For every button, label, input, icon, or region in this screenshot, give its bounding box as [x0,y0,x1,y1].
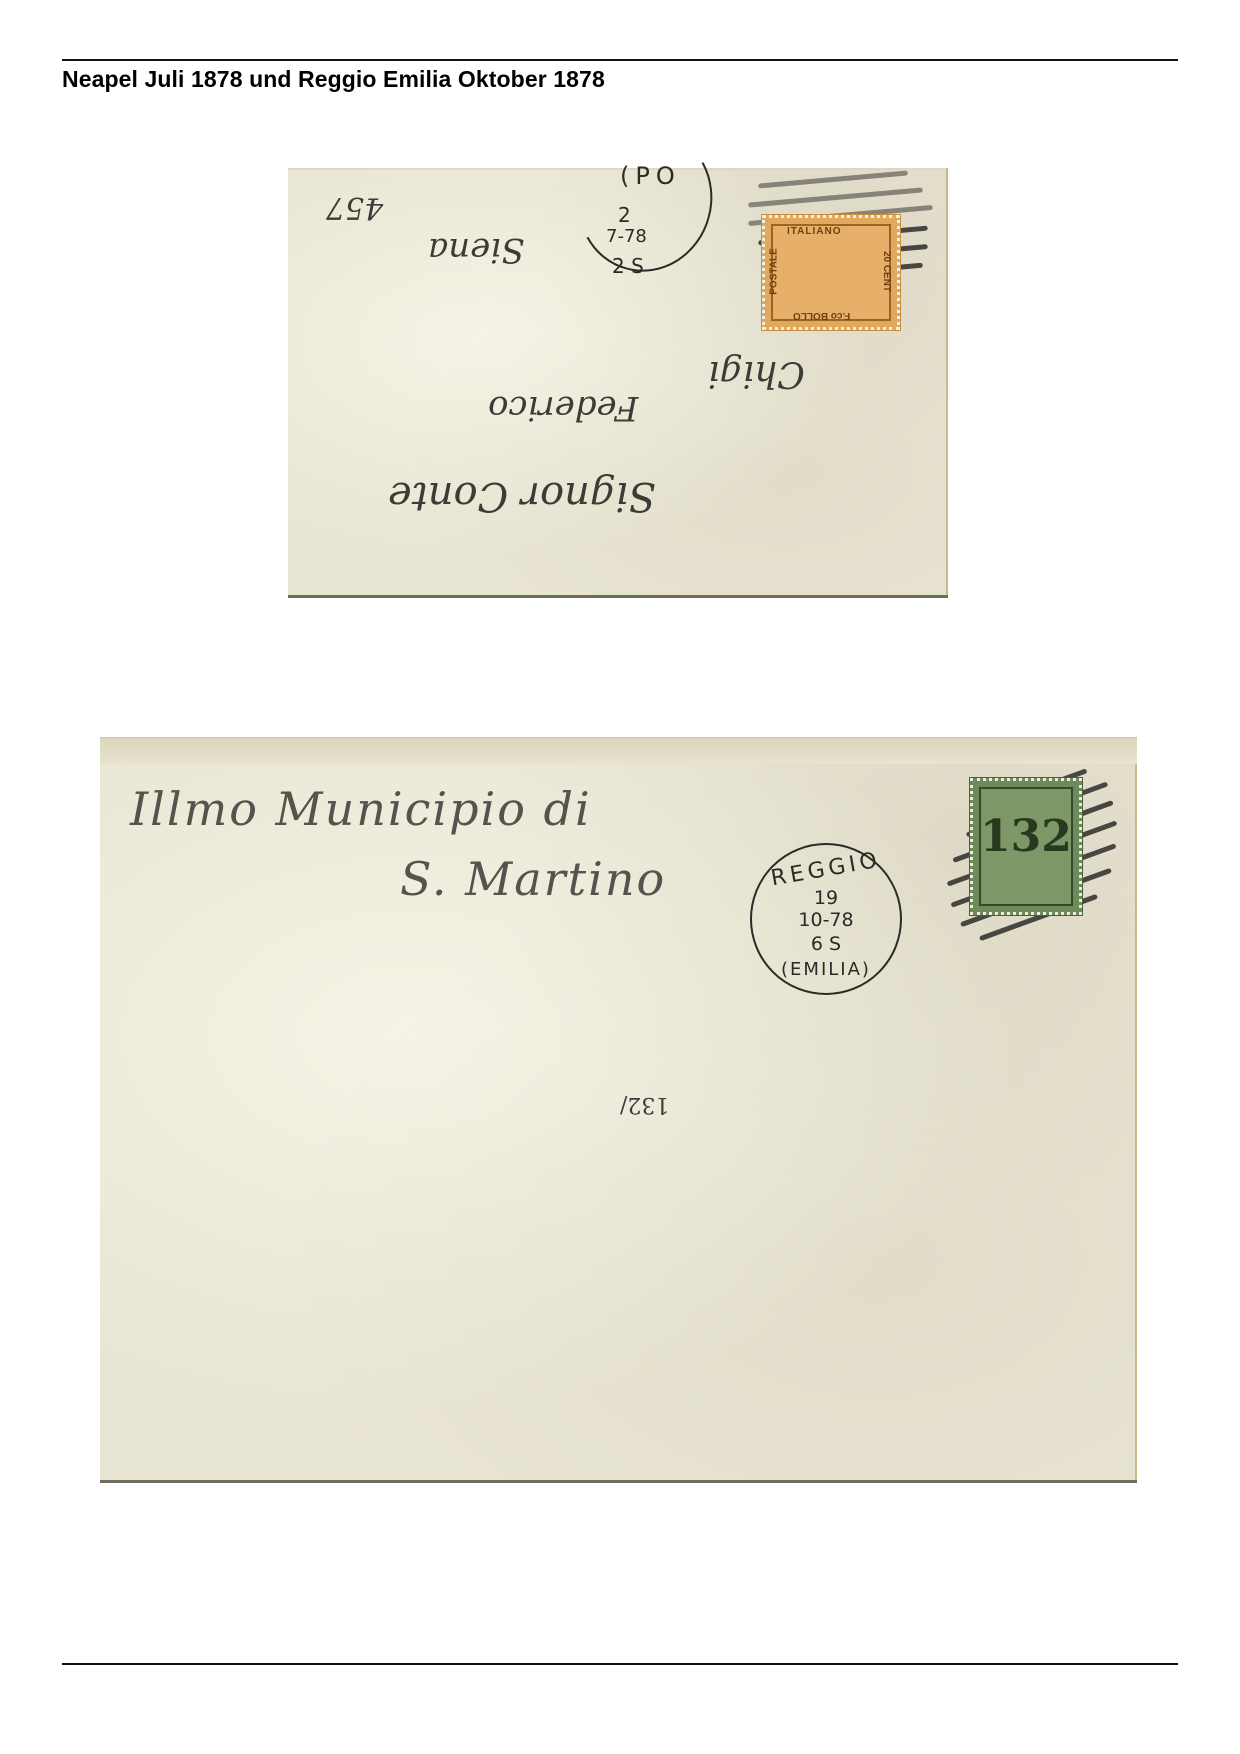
address-line: S. Martino [400,852,666,906]
address-line: Chigi [708,353,805,394]
postmark-reggio: REGGIO 19 10-78 6 S (EMILIA) [750,843,902,995]
footer-rule [62,1663,1178,1665]
page-title: Neapel Juli 1878 und Reggio Emilia Oktob… [62,66,605,93]
cover-reggio-emilia: Illmo Municipio di S. Martino REGGIO 19 … [100,737,1137,1483]
pencil-note: 457 [326,190,383,225]
header-rule [62,59,1178,61]
postmark-neapel [562,113,729,287]
postmark-place: (PO [620,162,681,190]
pencil-note: 132/ [620,1092,669,1117]
address-line: Signor Conte [388,473,656,519]
address-line: Illmo Municipio di [130,782,592,836]
stamp-1-centesimo: 132 [970,778,1082,915]
postmark-date: 7-78 [606,226,647,247]
postmark-time: 2 S [612,254,644,278]
postmark-day: 2 [618,203,631,227]
cover-neapel: 457 (PO 2 7-78 2 S ITALIANO POSTALE 20 C… [288,168,948,598]
envelope-flap [100,737,1137,764]
stamp-20-cent: ITALIANO POSTALE 20 CENT F.co BOLLO [762,215,900,330]
address-line: Federico [488,388,638,428]
address-line: Siena [428,230,524,270]
